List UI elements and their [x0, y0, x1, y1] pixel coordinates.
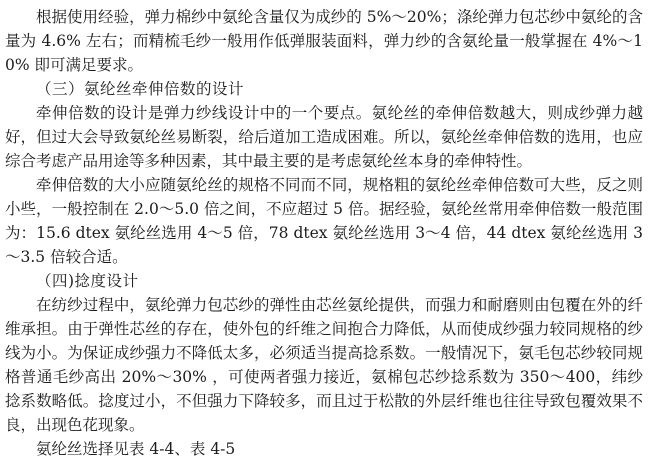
paragraph-spandex-content-ratio: 根据使用经验，弹力棉纱中氨纶含量仅为成纱的 5%～20%；涤纶弹力包芯纱中氨纶的… — [5, 5, 643, 77]
section-heading-draft-ratio-design: （三）氨纶丝牵伸倍数的设计 — [5, 77, 643, 101]
paragraph-table-reference: 氨纶丝选择见表 4-4、表 4-5 — [5, 437, 643, 457]
document-page: 根据使用经验，弹力棉纱中氨纶含量仅为成纱的 5%～20%；涤纶弹力包芯纱中氨纶的… — [0, 0, 649, 457]
section-heading-twist-design: （四)捻度设计 — [5, 269, 643, 293]
paragraph-draft-ratio-ranges: 牵伸倍数的大小应随氨纶丝的规格不同而不同，规格粗的氨纶丝牵伸倍数可大些，反之则小… — [5, 173, 643, 269]
paragraph-twist-coefficient: 在纺纱过程中，氨纶弹力包芯纱的弹性由芯丝氨纶提供，而强力和耐磨则由包覆在外的纤维… — [5, 293, 643, 437]
paragraph-draft-ratio-importance: 牵伸倍数的设计是弹力纱线设计中的一个要点。氨纶丝的牵伸倍数越大，则成纱弹力越好，… — [5, 101, 643, 173]
